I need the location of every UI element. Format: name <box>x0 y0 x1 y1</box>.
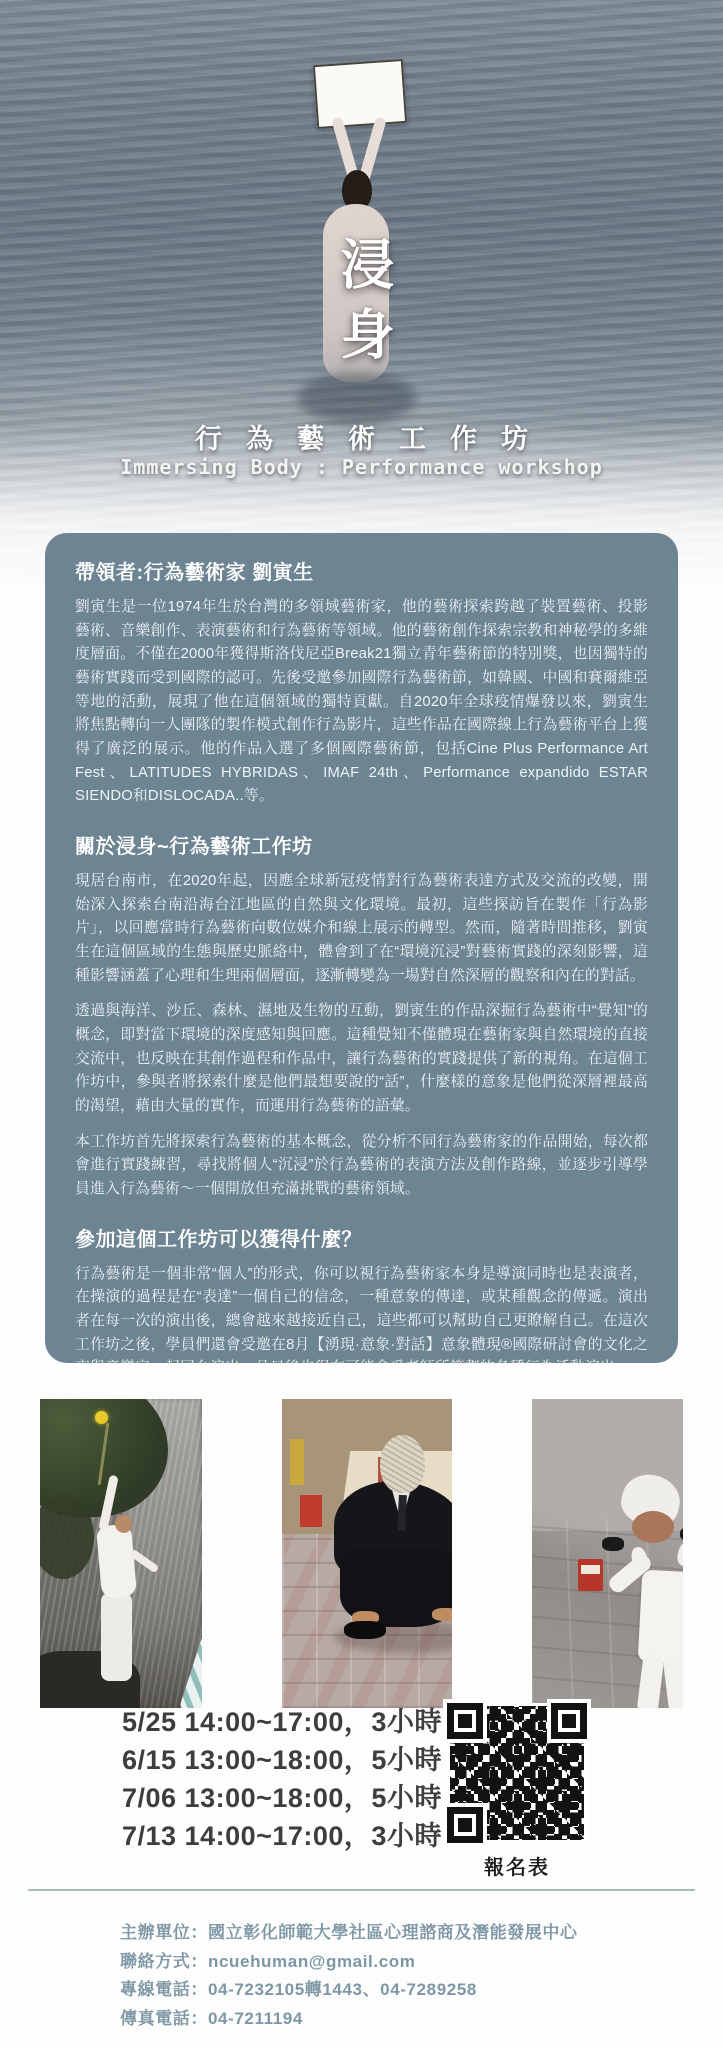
performer-arms-head <box>632 1511 674 1543</box>
red-stool <box>300 1495 322 1527</box>
session-2: 6/15 13:00~18:00，5小時 <box>122 1741 442 1779</box>
workshop-poster: 浸身 行為藝術工作坊 Immersing Body : Performance … <box>0 0 723 2048</box>
white-hood <box>380 1435 425 1493</box>
info-card: 帶領者:行為藝術家 劉寅生 劉寅生是一位1974年生於台灣的多領域藝術家，他的藝… <box>45 533 678 1363</box>
about-paragraph-1: 現居台南市，在2020年起，因應全球新冠疫情對行為藝術表達方式及交流的改變，開始… <box>75 870 648 988</box>
workshop-subtitle-en: Immersing Body : Performance workshop <box>0 455 723 479</box>
white-jumpsuit-torso <box>638 1570 683 1665</box>
black-shoe <box>344 1621 386 1639</box>
contact-email-line: 聯絡方式：ncuehuman@gmail.com <box>120 1948 578 1977</box>
performer-hand-right <box>432 1608 452 1621</box>
performer-legs <box>101 1593 132 1681</box>
performance-photo-wall <box>532 1399 683 1708</box>
qr-finder-top-left <box>447 1703 483 1739</box>
phone-line: 專線電話：04-7232105轉1443、04-7289258 <box>120 1976 578 2005</box>
qr-code <box>447 1703 587 1843</box>
leader-paragraph: 劉寅生是一位1974年生於台灣的多領域藝術家，他的藝術探索跨越了裝置藝術、投影藝… <box>75 596 648 809</box>
gain-heading: 參加這個工作坊可以獲得什麼？ <box>75 1223 648 1252</box>
session-4: 7/13 14:00~17:00，3小時 <box>122 1817 442 1855</box>
performance-photo-strip <box>0 1383 723 1692</box>
workshop-title: 行為藝術工作坊 <box>0 417 723 456</box>
about-paragraph-3: 本工作坊首先將探索行為藝術的基本概念，從分析不同行為藝術家的作品開始，每次都會進… <box>75 1131 648 1202</box>
about-paragraph-2: 透過與海洋、沙丘、森林、濕地及生物的互動，劉寅生的作品深掘行為藝術中“覺知”的概… <box>75 1000 648 1118</box>
fax-line: 傳真電話：04-7211194 <box>120 2005 578 2034</box>
qr-finder-top-right <box>551 1703 587 1739</box>
organizer-info: 主辦單位：國立彰化師範大學社區心理諮商及潛能發展中心 聯絡方式：ncuehuma… <box>120 1919 578 2033</box>
leader-heading: 帶領者:行為藝術家 劉寅生 <box>75 556 648 585</box>
vertical-title: 浸身 <box>326 236 403 376</box>
yellow-pole <box>290 1439 304 1485</box>
schedule-list: 5/25 14:00~17:00，3小時 6/15 13:00~18:00，5小… <box>122 1703 442 1855</box>
performance-photo-street <box>282 1399 452 1708</box>
qr-finder-bottom-left <box>447 1807 483 1843</box>
footer-divider <box>28 1889 695 1891</box>
black-shoe-left <box>602 1537 624 1551</box>
performer-white-board <box>313 59 407 129</box>
performance-photo-waterfall <box>40 1399 202 1708</box>
yellow-flower <box>95 1411 108 1424</box>
hero-photo: 浸身 行為藝術工作坊 Immersing Body : Performance … <box>0 0 723 585</box>
performer-body <box>96 1524 137 1599</box>
qr-label: 報名表 <box>447 1851 587 1880</box>
gain-paragraph: 行為藝術是一個非常“個人”的形式，你可以視行為藝術家本身是導演同時也是表演者，在… <box>75 1263 648 1363</box>
organizer-line: 主辦單位：國立彰化師範大學社區心理諮商及潛能發展中心 <box>120 1919 578 1948</box>
session-1: 5/25 14:00~17:00，3小時 <box>122 1703 442 1741</box>
about-heading: 關於浸身~行為藝術工作坊 <box>75 830 648 859</box>
red-box <box>578 1559 603 1591</box>
session-3: 7/06 13:00~18:00，5小時 <box>122 1779 442 1817</box>
